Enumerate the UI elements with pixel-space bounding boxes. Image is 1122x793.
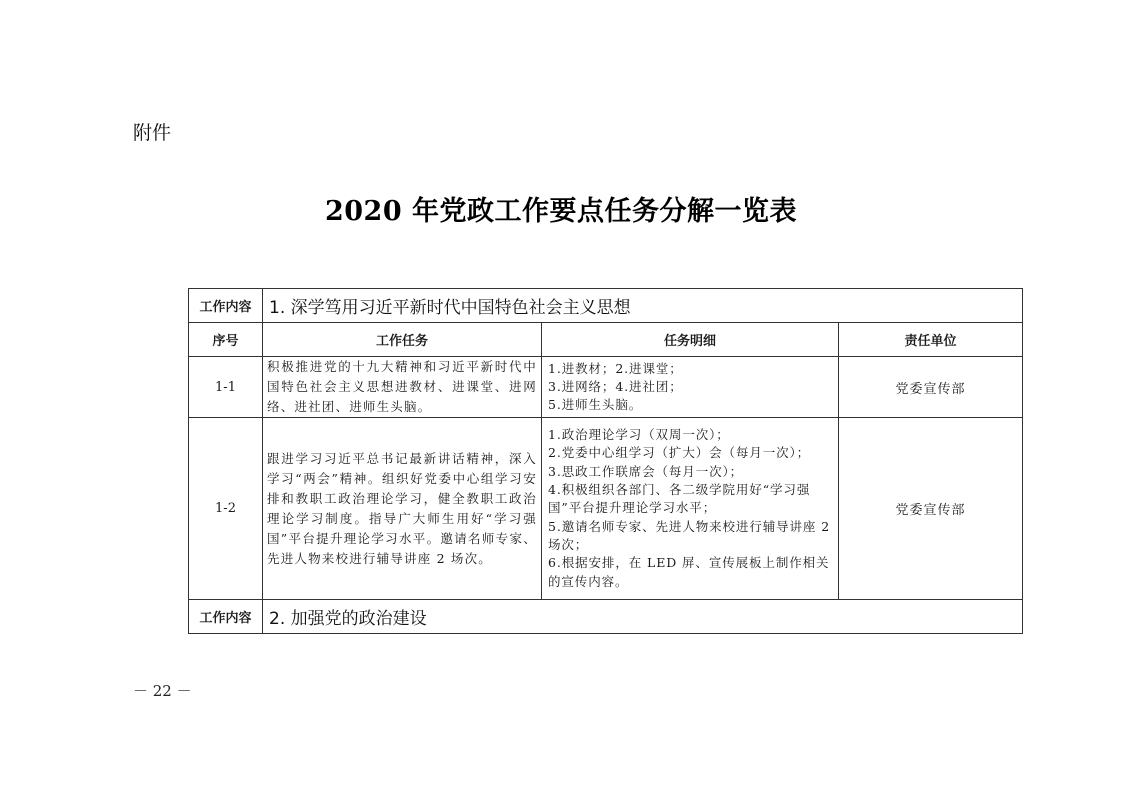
header-task: 工作任务: [263, 323, 542, 357]
attachment-label: 附件: [133, 118, 171, 145]
table-row: 1-1 积极推进党的十九大精神和习近平新时代中国特色社会主义思想进教材、进课堂、…: [189, 357, 1023, 418]
section-title: 2. 加强党的政治建设: [263, 600, 1023, 634]
row-id: 1-2: [189, 418, 263, 600]
task-table: 工作内容 1. 深学笃用习近平新时代中国特色社会主义思想 序号 工作任务 任务明…: [188, 288, 1023, 634]
detail-item: 3.思政工作联席会（每月一次）；: [548, 463, 832, 481]
section-row: 工作内容 2. 加强党的政治建设: [189, 600, 1023, 634]
detail-item: 1.进教材；2.进课堂；: [548, 360, 832, 378]
section-label: 工作内容: [189, 289, 263, 323]
header-row: 序号 工作任务 任务明细 责任单位: [189, 323, 1023, 357]
row-task: 积极推进党的十九大精神和习近平新时代中国特色社会主义思想进教材、进课堂、进网络、…: [263, 357, 542, 418]
row-id: 1-1: [189, 357, 263, 418]
page-title: 2020 年党政工作要点任务分解一览表: [0, 189, 1122, 228]
detail-item: 2.党委中心组学习（扩大）会（每月一次）；: [548, 444, 832, 462]
detail-item: 1.政治理论学习（双周一次）；: [548, 426, 832, 444]
row-unit: 党委宣传部: [839, 357, 1023, 418]
page-number: － 22 －: [133, 680, 192, 701]
row-details: 1.进教材；2.进课堂； 3.进网络；4.进社团； 5.进师生头脑。: [542, 357, 839, 418]
header-detail: 任务明细: [542, 323, 839, 357]
detail-item: 6.根据安排，在 LED 屏、宣传展板上制作相关的宣传内容。: [548, 554, 832, 591]
detail-item: 5.进师生头脑。: [548, 396, 832, 414]
row-details: 1.政治理论学习（双周一次）； 2.党委中心组学习（扩大）会（每月一次）； 3.…: [542, 418, 839, 600]
header-id: 序号: [189, 323, 263, 357]
detail-item: 3.进网络；4.进社团；: [548, 378, 832, 396]
table-row: 1-2 跟进学习习近平总书记最新讲话精神，深入学习“两会”精神。组织好党委中心组…: [189, 418, 1023, 600]
detail-item: 4.积极组织各部门、各二级学院用好“学习强国”平台提升理论学习水平；: [548, 481, 832, 518]
header-unit: 责任单位: [839, 323, 1023, 357]
section-label: 工作内容: [189, 600, 263, 634]
section-row: 工作内容 1. 深学笃用习近平新时代中国特色社会主义思想: [189, 289, 1023, 323]
row-task: 跟进学习习近平总书记最新讲话精神，深入学习“两会”精神。组织好党委中心组学习安排…: [263, 418, 542, 600]
detail-item: 5.邀请名师专家、先进人物来校进行辅导讲座 2 场次；: [548, 518, 832, 555]
row-unit: 党委宣传部: [839, 418, 1023, 600]
section-title: 1. 深学笃用习近平新时代中国特色社会主义思想: [263, 289, 1023, 323]
